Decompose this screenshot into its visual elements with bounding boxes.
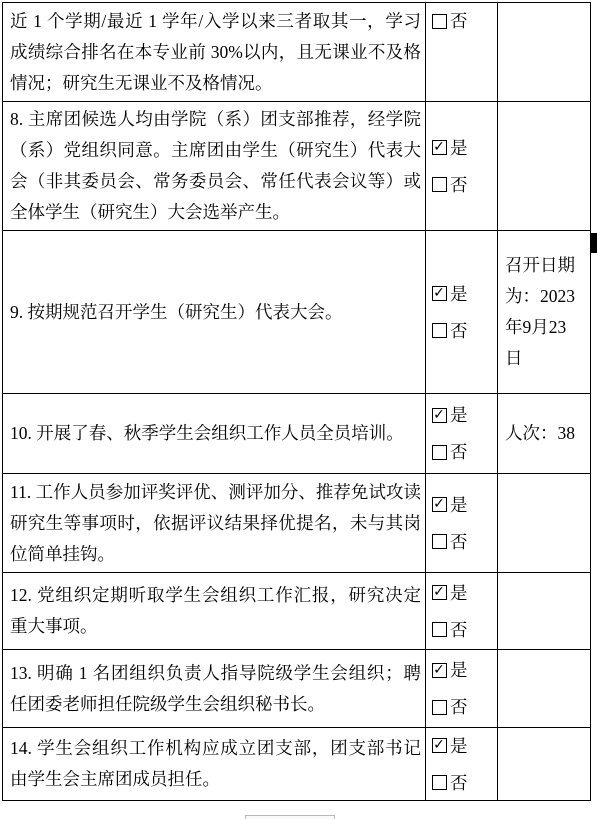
checkbox-checked-icon[interactable] bbox=[432, 497, 447, 512]
checkbox-label: 是 bbox=[450, 583, 468, 603]
checkbox-no[interactable]: 否 bbox=[432, 11, 495, 31]
answer-cell: 是否 bbox=[426, 474, 498, 573]
answer-cell: 是否 bbox=[426, 573, 498, 650]
item-text: 14. 学生会组织工作机构应成立团支部，团支部书记由学生会主席团成员担任。 bbox=[3, 728, 426, 801]
checkbox-yes[interactable]: 是 bbox=[432, 736, 495, 756]
checkbox-label: 否 bbox=[450, 321, 468, 341]
checkbox-empty-icon[interactable] bbox=[432, 775, 447, 790]
remark-text: 召开日期为：2023年9月23日 bbox=[498, 231, 591, 394]
checkbox-empty-icon[interactable] bbox=[432, 14, 447, 29]
answer-cell: 是否 bbox=[426, 231, 498, 394]
table-edge-marker bbox=[590, 233, 597, 253]
checkbox-empty-icon[interactable] bbox=[432, 177, 447, 192]
checkbox-label: 是 bbox=[450, 660, 468, 680]
checkbox-label: 是 bbox=[450, 138, 468, 158]
checkbox-no[interactable]: 否 bbox=[432, 532, 495, 552]
table-row: 13. 明确 1 名团组织负责人指导院级学生会组织；聘任团委老师担任院级学生会组… bbox=[3, 650, 591, 728]
checkbox-no[interactable]: 否 bbox=[432, 697, 495, 717]
checkbox-yes[interactable]: 是 bbox=[432, 660, 495, 680]
checkbox-yes[interactable]: 是 bbox=[432, 138, 495, 158]
checklist-table: 近 1 个学期/最近 1 学年/入学以来三者取其一，学习成绩综合排名在本专业前 … bbox=[2, 2, 591, 801]
answer-cell: 否 bbox=[426, 3, 498, 102]
checkbox-no[interactable]: 否 bbox=[432, 442, 495, 462]
table-row: 9. 按期规范召开学生（研究生）代表大会。是否召开日期为：2023年9月23日 bbox=[3, 231, 591, 394]
remark-text bbox=[498, 650, 591, 728]
table-row: 12. 党组织定期听取学生会组织工作汇报，研究决定重大事项。是否 bbox=[3, 573, 591, 650]
checkbox-checked-icon[interactable] bbox=[432, 663, 447, 678]
checkbox-yes[interactable]: 是 bbox=[432, 495, 495, 515]
answer-cell: 是否 bbox=[426, 728, 498, 801]
remark-text: 人次：38 bbox=[498, 394, 591, 474]
checkbox-label: 是 bbox=[450, 736, 468, 756]
checkbox-label: 是 bbox=[450, 284, 468, 304]
item-text: 11. 工作人员参加评奖评优、测评加分、推荐免试攻读研究生等事项时，依据评议结果… bbox=[3, 474, 426, 573]
item-text: 13. 明确 1 名团组织负责人指导院级学生会组织；聘任团委老师担任院级学生会组… bbox=[3, 650, 426, 728]
item-text: 8. 主席团候选人均由学院（系）团支部推荐，经学院（系）党组织同意。主席团由学生… bbox=[3, 102, 426, 231]
item-text: 12. 党组织定期听取学生会组织工作汇报，研究决定重大事项。 bbox=[3, 573, 426, 650]
checkbox-empty-icon[interactable] bbox=[432, 700, 447, 715]
checkbox-checked-icon[interactable] bbox=[432, 286, 447, 301]
checkbox-label: 是 bbox=[450, 405, 468, 425]
answer-cell: 是否 bbox=[426, 394, 498, 474]
checkbox-no[interactable]: 否 bbox=[432, 175, 495, 195]
checkbox-checked-icon[interactable] bbox=[432, 738, 447, 753]
item-text: 9. 按期规范召开学生（研究生）代表大会。 bbox=[3, 231, 426, 394]
answer-cell: 是否 bbox=[426, 102, 498, 231]
table-row: 8. 主席团候选人均由学院（系）团支部推荐，经学院（系）党组织同意。主席团由学生… bbox=[3, 102, 591, 231]
answer-cell: 是否 bbox=[426, 650, 498, 728]
checkbox-checked-icon[interactable] bbox=[432, 585, 447, 600]
table-row: 14. 学生会组织工作机构应成立团支部，团支部书记由学生会主席团成员担任。是否 bbox=[3, 728, 591, 801]
remark-text bbox=[498, 474, 591, 573]
checkbox-no[interactable]: 否 bbox=[432, 773, 495, 793]
checkbox-yes[interactable]: 是 bbox=[432, 405, 495, 425]
checkbox-yes[interactable]: 是 bbox=[432, 284, 495, 304]
checkbox-empty-icon[interactable] bbox=[432, 534, 447, 549]
checkbox-label: 是 bbox=[450, 495, 468, 515]
checkbox-no[interactable]: 否 bbox=[432, 620, 495, 640]
checkbox-label: 否 bbox=[450, 175, 468, 195]
remark-text bbox=[498, 573, 591, 650]
checkbox-label: 否 bbox=[450, 620, 468, 640]
remark-text bbox=[498, 728, 591, 801]
checkbox-label: 否 bbox=[450, 532, 468, 552]
checkbox-label: 否 bbox=[450, 442, 468, 462]
checkbox-label: 否 bbox=[450, 697, 468, 717]
remark-text bbox=[498, 102, 591, 231]
remark-text bbox=[498, 3, 591, 102]
item-text: 10. 开展了春、秋季学生会组织工作人员全员培训。 bbox=[3, 394, 426, 474]
checkbox-no[interactable]: 否 bbox=[432, 321, 495, 341]
checklist-table-body: 近 1 个学期/最近 1 学年/入学以来三者取其一，学习成绩综合排名在本专业前 … bbox=[3, 3, 591, 801]
checkbox-empty-icon[interactable] bbox=[432, 323, 447, 338]
checkbox-label: 否 bbox=[450, 773, 468, 793]
checkbox-checked-icon[interactable] bbox=[432, 408, 447, 423]
checkbox-empty-icon[interactable] bbox=[432, 622, 447, 637]
table-row: 11. 工作人员参加评奖评优、测评加分、推荐免试攻读研究生等事项时，依据评议结果… bbox=[3, 474, 591, 573]
next-page-table-edge bbox=[245, 815, 335, 819]
item-text: 近 1 个学期/最近 1 学年/入学以来三者取其一，学习成绩综合排名在本专业前 … bbox=[3, 3, 426, 102]
table-row: 10. 开展了春、秋季学生会组织工作人员全员培训。是否人次：38 bbox=[3, 394, 591, 474]
checkbox-label: 否 bbox=[450, 11, 468, 31]
checkbox-empty-icon[interactable] bbox=[432, 445, 447, 460]
checkbox-yes[interactable]: 是 bbox=[432, 583, 495, 603]
table-row: 近 1 个学期/最近 1 学年/入学以来三者取其一，学习成绩综合排名在本专业前 … bbox=[3, 3, 591, 102]
checkbox-checked-icon[interactable] bbox=[432, 140, 447, 155]
